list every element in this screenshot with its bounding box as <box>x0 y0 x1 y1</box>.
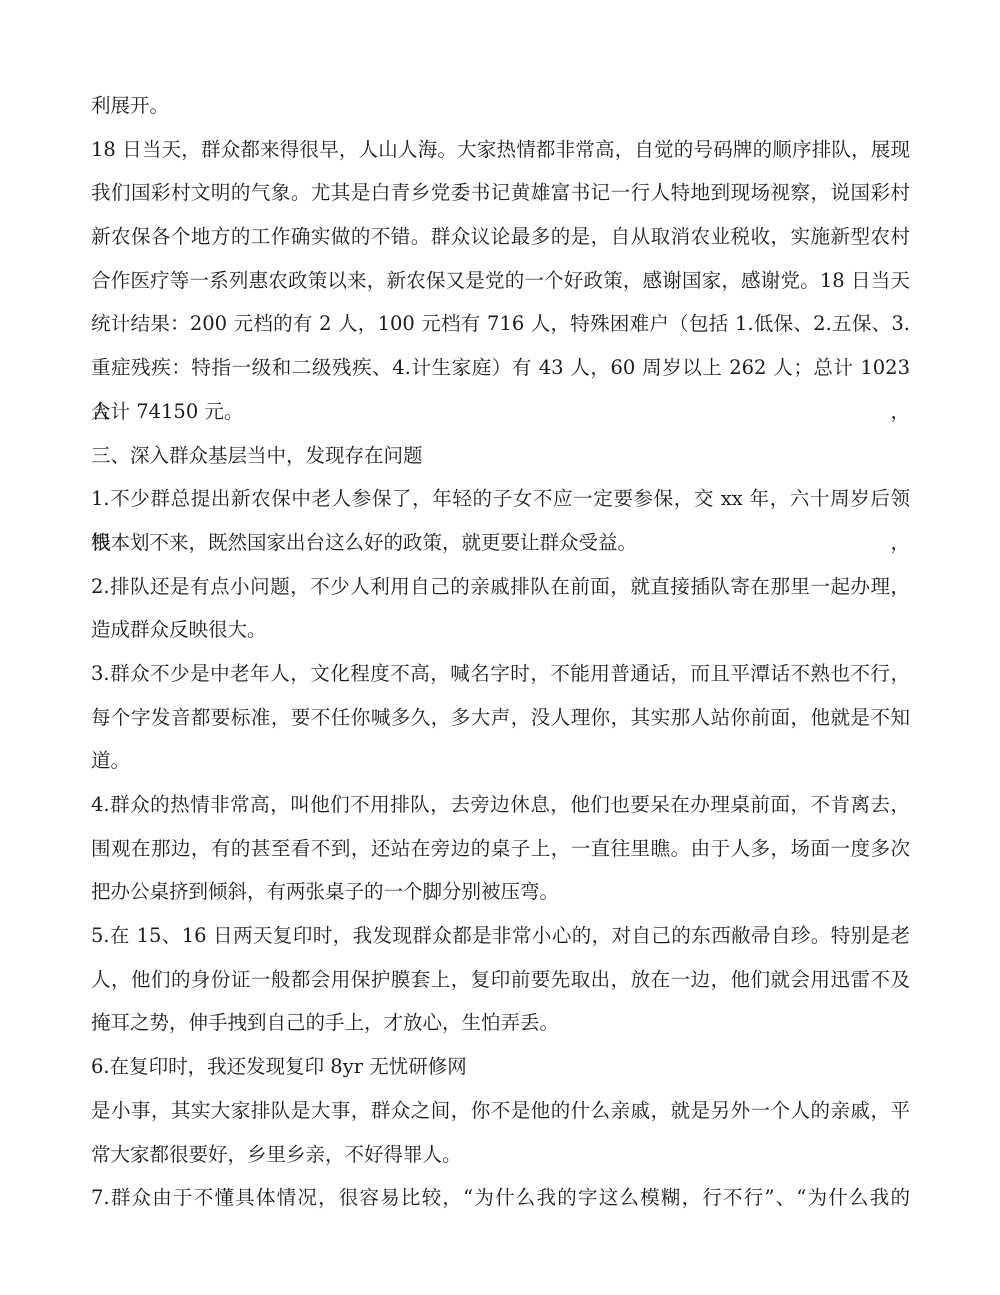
text-line: 掩耳之势，伸手拽到自己的手上，才放心，生怕弄丢。 <box>91 1001 910 1045</box>
document-page: 利展开。18 日当天，群众都来得很早，人山人海。大家热情都非常高，自觉的号码牌的… <box>0 0 1000 1295</box>
text-line: 5.在 15、16 日两天复印时，我发现群众都是非常小心的，对自己的东西敝帚自珍… <box>91 914 910 958</box>
text-line: 18 日当天，群众都来得很早，人山人海。大家热情都非常高，自觉的号码牌的顺序排队… <box>91 128 910 172</box>
text-line: 6.在复印时，我还发现复印 8yr 无忧研修网 <box>91 1045 910 1089</box>
text-line: 合作医疗等一系列惠农政策以来，新农保又是党的一个好政策，感谢国家，感谢党。18 … <box>91 259 910 303</box>
text-line: 每个字发音都要标准，要不任你喊多久，多大声，没人理你，其实那人站你前面，他就是不… <box>91 696 910 740</box>
text-line: 把办公桌挤到倾斜，有两张桌子的一个脚分别被压弯。 <box>91 870 910 914</box>
text-line: 新农保各个地方的工作确实做的不错。群众议论最多的是，自从取消农业税收，实施新型农… <box>91 215 910 259</box>
text-line: 2.排队还是有点小问题，不少人利用自己的亲戚排队在前面，就直接插队寄在那里一起办… <box>91 565 910 609</box>
text-line: 统计结果：200 元档的有 2 人，100 元档有 716 人，特殊困难户（包括… <box>91 302 910 346</box>
text-line: 我们国彩村文明的气象。尤其是白青乡党委书记黄雄富书记一行人特地到现场视察，说国彩… <box>91 171 910 215</box>
text-line: 4.群众的热情非常高，叫他们不用排队，去旁边休息，他们也要呆在办理桌前面，不肯离… <box>91 783 910 827</box>
text-line: 是小事，其实大家排队是大事，群众之间，你不是他的什么亲戚，就是另外一个人的亲戚，… <box>91 1089 910 1133</box>
text-line: 常大家都很要好，乡里乡亲，不好得罪人。 <box>91 1133 910 1177</box>
text-line: 3.群众不少是中老年人，文化程度不高，喊名字时，不能用普通话，而且平潭话不熟也不… <box>91 652 910 696</box>
text-line: 利展开。 <box>91 84 910 128</box>
text-line: 围观在那边，有的甚至看不到，还站在旁边的桌子上，一直往里瞧。由于人多，场面一度多… <box>91 827 910 871</box>
text-line: 造成群众反映很大。 <box>91 608 910 652</box>
text-line: 人，他们的身份证一般都会用保护膜套上，复印前要先取出，放在一边，他们就会用迅雷不… <box>91 958 910 1002</box>
text-line: 重症残疾：特指一级和二级残疾、4.计生家庭）有 43 人，60 周岁以上 262… <box>91 346 910 390</box>
text-line: 三、深入群众基层当中，发现存在问题 <box>91 434 910 478</box>
text-line: 7.群众由于不懂具体情况，很容易比较，“为什么我的字这么模糊，行不行”、“为什么… <box>91 1176 910 1220</box>
text-line: 1.不少群总提出新农保中老人参保了，年轻的子女不应一定要参保，交 xx 年，六十… <box>91 477 910 521</box>
text-line: 道。 <box>91 739 910 783</box>
document-body: 利展开。18 日当天，群众都来得很早，人山人海。大家热情都非常高，自觉的号码牌的… <box>91 84 910 1220</box>
